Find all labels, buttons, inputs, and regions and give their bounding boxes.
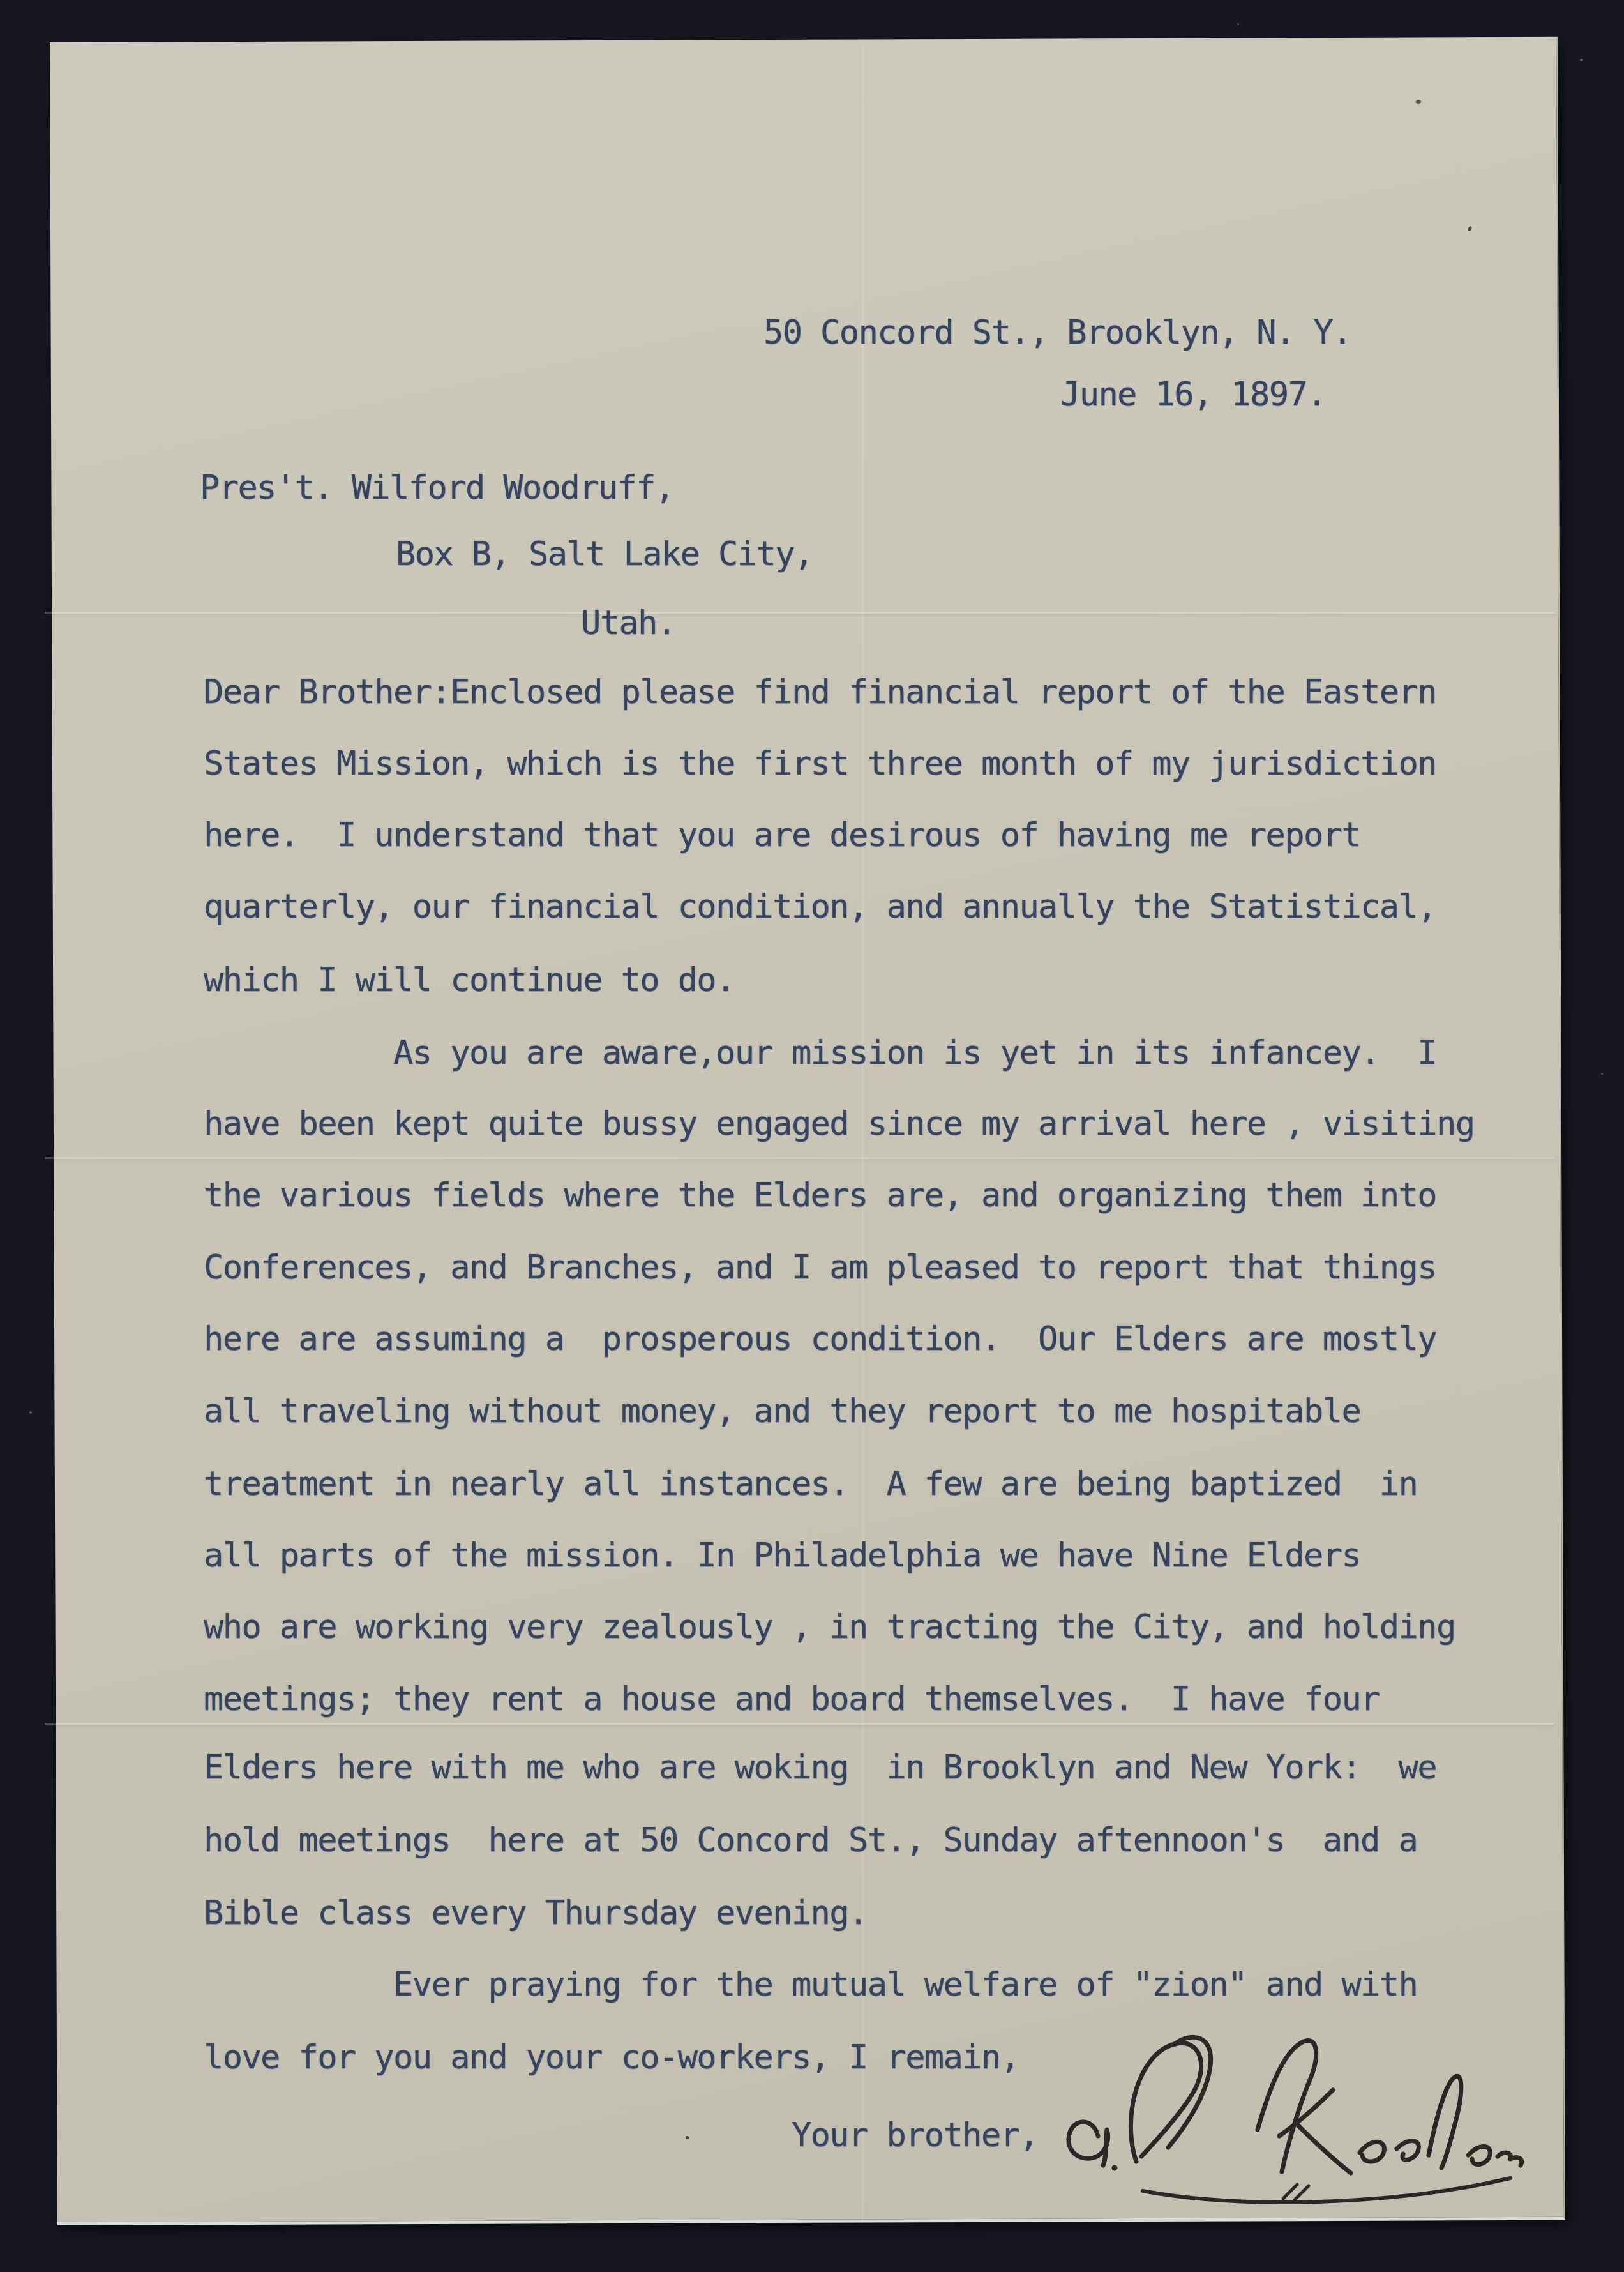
recipient-name-line: Pres't. Wilford Woodruff,	[200, 471, 674, 504]
letter-line: Ever praying for the mutual welfare of "…	[204, 1968, 1417, 2001]
paper-speck	[1416, 100, 1421, 104]
letter-line: hold meetings here at 50 Concord St., Su…	[204, 1824, 1417, 1857]
sender-address-line: 50 Concord St., Brooklyn, N. Y.	[763, 316, 1351, 349]
dust-speck	[1237, 23, 1239, 25]
letter-line: who are working very zealously , in trac…	[204, 1610, 1455, 1644]
letter-line: which I will continue to do.	[204, 964, 735, 997]
letter-line: here are assuming a prosperous condition…	[204, 1322, 1436, 1356]
recipient-address-line: Box B, Salt Lake City,	[396, 538, 813, 571]
letter-line: As you are aware,our mission is yet in i…	[204, 1036, 1436, 1070]
letter-line: Bible class every Thursday evening.	[204, 1897, 868, 1930]
letter-line: treatment in nearly all instances. A few…	[204, 1467, 1417, 1501]
letter-line: Conferences, and Branches, and I am plea…	[204, 1251, 1436, 1284]
letter-line: all parts of the mission. In Philadelphi…	[204, 1539, 1360, 1572]
letter-line: the various fields where the Elders are,…	[204, 1179, 1436, 1212]
letter-line: meetings; they rent a house and board th…	[204, 1683, 1380, 1716]
letter-line: States Mission, which is the first three…	[204, 747, 1436, 780]
dust-speck	[1601, 1073, 1603, 1075]
dust-speck	[29, 1411, 32, 1414]
signature-autograph	[1060, 2034, 1532, 2213]
fold-crease	[45, 1157, 1554, 1159]
date-line: June 16, 1897.	[1060, 378, 1326, 411]
letter-line: Elders here with me who are woking in Br…	[204, 1751, 1436, 1784]
letter-line: quarterly, our financial condition, and …	[204, 890, 1436, 923]
letter-line: Your brother,	[204, 2119, 1038, 2152]
letter-line: all traveling without money, and they re…	[204, 1395, 1360, 1428]
letter-line: have been kept quite bussy engaged since…	[204, 1107, 1474, 1140]
recipient-state-line: Utah.	[581, 607, 676, 640]
fold-crease	[45, 612, 1554, 614]
letter-line: Dear Brother:Enclosed please find financ…	[204, 676, 1436, 709]
fold-crease	[45, 1723, 1554, 1725]
letter-line: love for you and your co-workers, I rema…	[204, 2041, 1019, 2074]
dust-speck	[1580, 59, 1583, 61]
scanned-letter-photo: 50 Concord St., Brooklyn, N. Y. June 16,…	[0, 0, 1624, 2272]
letter-line: here. I understand that you are desirous…	[204, 819, 1360, 852]
